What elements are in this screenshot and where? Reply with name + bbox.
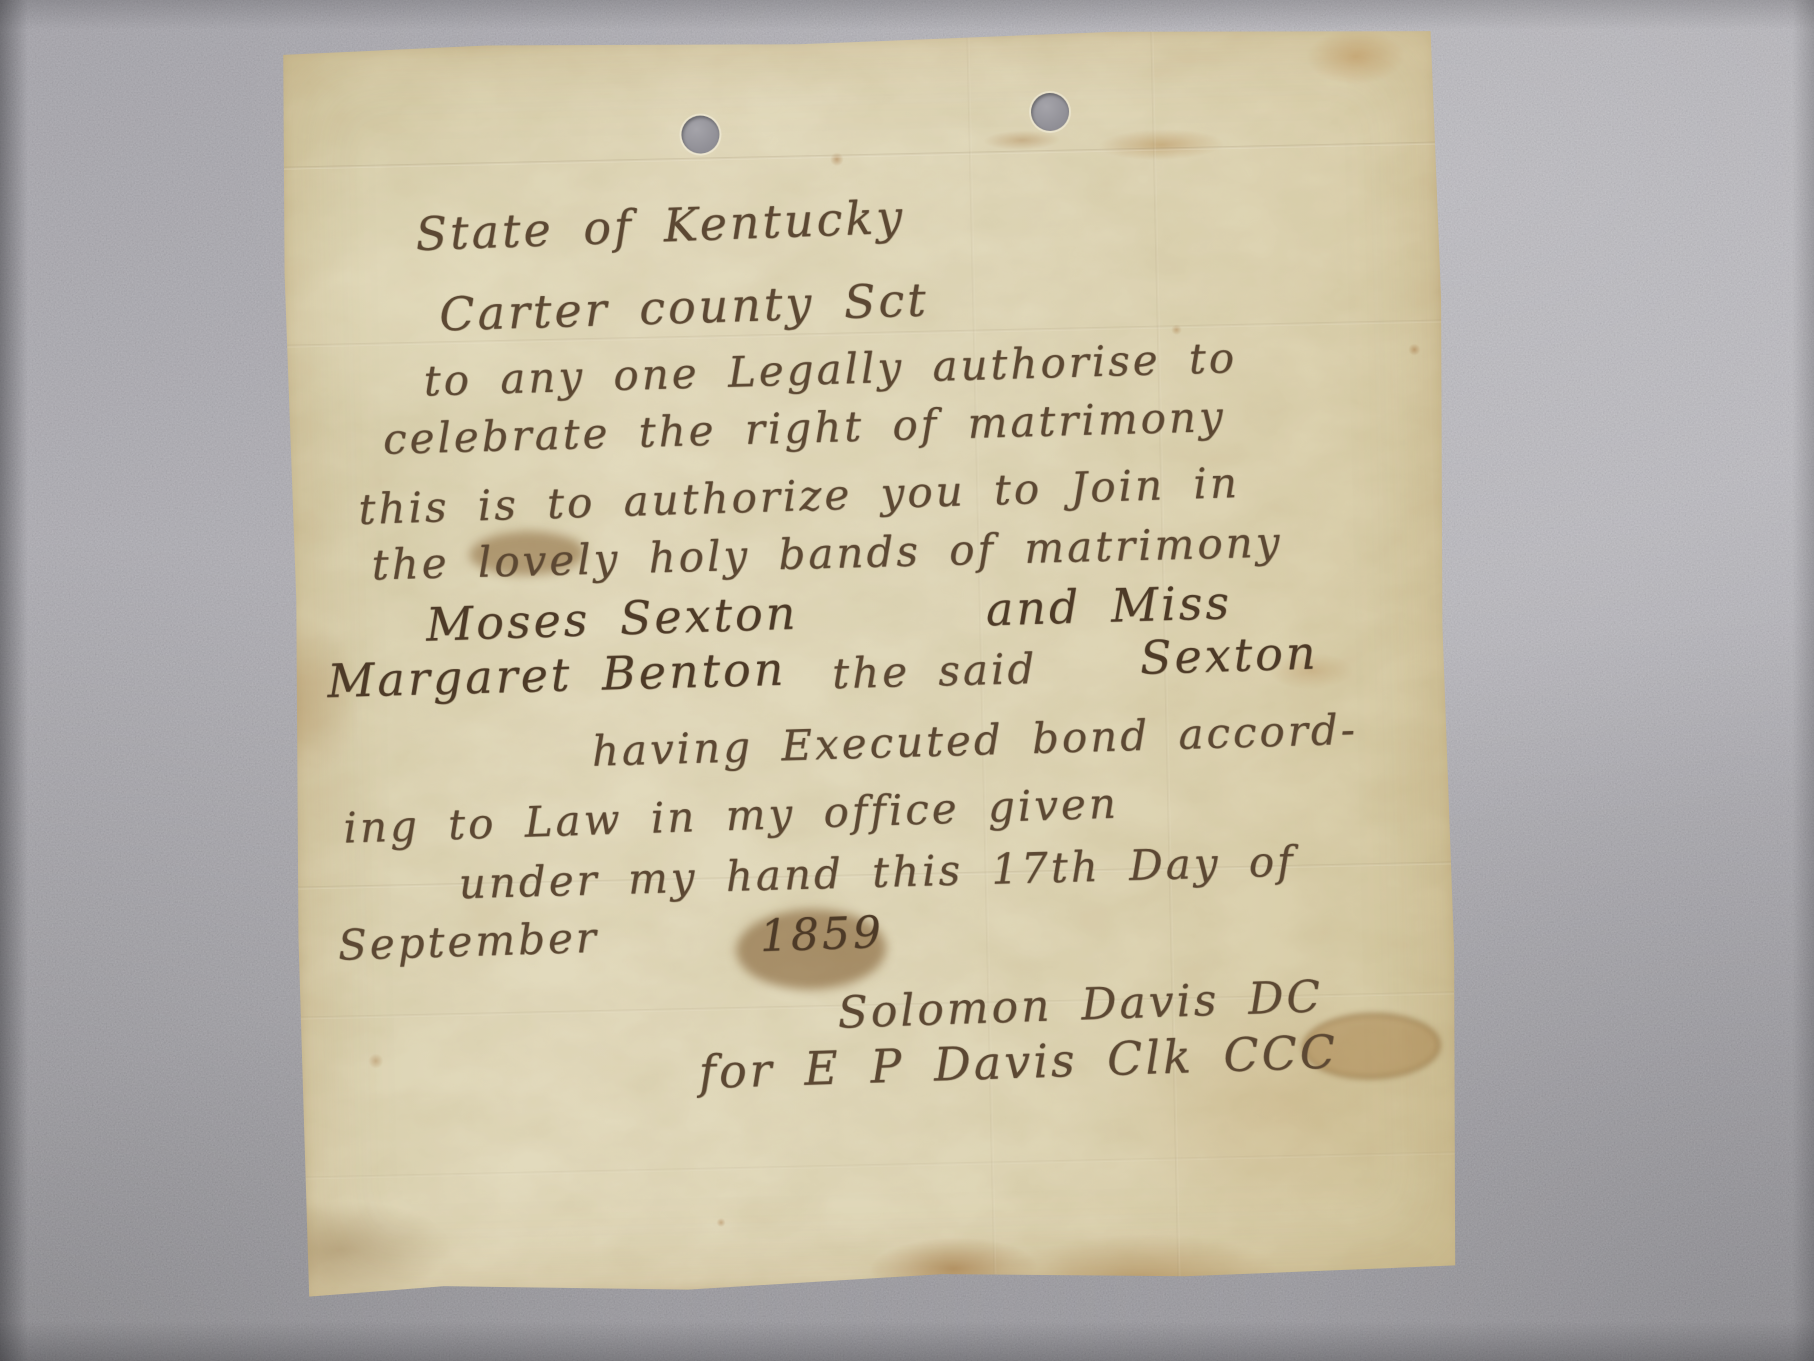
line-state-of-kentucky: State of Kentucky [415, 190, 906, 261]
year: 1859 [759, 907, 885, 962]
countersignature: for E P Davis Clk CCC [698, 1025, 1339, 1100]
document-paper: State of Kentucky Carter county Sct to a… [278, 24, 1463, 1301]
the-said: the said [832, 644, 1038, 698]
month: September [337, 913, 599, 970]
line-ing-to-law: ing to Law in my office given [343, 779, 1120, 853]
bride-name: Margaret Benton [327, 642, 787, 708]
and-miss: and Miss [985, 575, 1233, 636]
line-under-my-hand: under my hand this 17th Day of [458, 837, 1296, 909]
fold-crease-bottom [303, 1151, 1461, 1179]
punch-hole-left [681, 115, 720, 154]
line-carter-county: Carter county Sct [439, 273, 930, 342]
photograph-of-document: State of Kentucky Carter county Sct to a… [0, 0, 1814, 1361]
groom-name: Moses Sexton [425, 586, 799, 652]
fold-crease-top [281, 141, 1439, 169]
said-surname: Sexton [1139, 625, 1319, 684]
line-having-executed: having Executed bond accord- [591, 705, 1358, 776]
punch-hole-right [1031, 93, 1070, 132]
